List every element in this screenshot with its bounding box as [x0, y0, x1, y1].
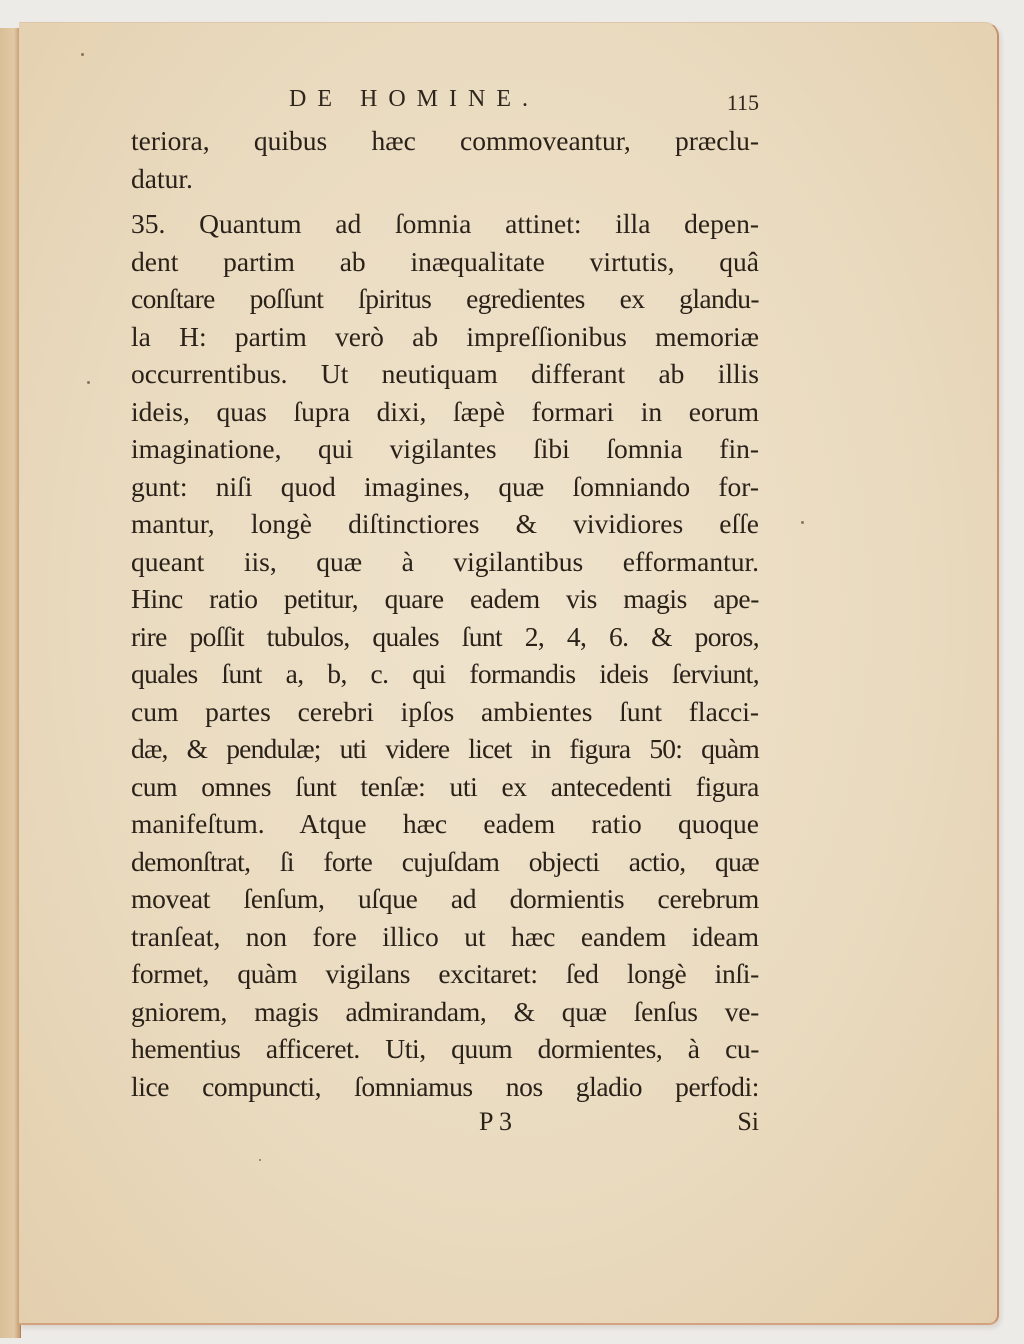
signature-mark: P 3: [479, 1107, 512, 1137]
left-page-edge: [0, 28, 21, 1338]
text-line: gniorem, magis admirandam, & quæ ſenſus …: [131, 993, 759, 1031]
text-line: conſtare poſſunt ſpiritus egredientes ex…: [131, 280, 759, 318]
paper-speck: [801, 521, 804, 524]
text-line: la H: partim verò ab impreſſionibus memo…: [131, 318, 759, 356]
text-line: datur.: [131, 160, 759, 198]
text-line: tranſeat, non fore illico ut hæc eandem …: [131, 918, 759, 956]
text-line: formet, quàm vigilans excitaret: ſed lon…: [131, 955, 759, 993]
text-line: queant iis, quæ à vigilantibus efformant…: [131, 543, 759, 581]
page-footer: P 3 Si: [131, 1105, 759, 1145]
text-line: manifeſtum. Atque hæc eadem ratio quoque: [131, 805, 759, 843]
text-line: Hinc ratio petitur, quare eadem vis magi…: [131, 580, 759, 618]
paper-speck: [81, 53, 84, 56]
text-line: rire poſſit tubulos, quales ſunt 2, 4, 6…: [131, 618, 759, 656]
running-head: DE HOMINE. 115: [131, 86, 759, 122]
text-line: mantur, longè diſtinctiores & vividiores…: [131, 505, 759, 543]
text-line: occurrentibus. Ut neutiquam differant ab…: [131, 355, 759, 393]
text-line: demonſtrat, ſi forte cujuſdam objecti ac…: [131, 843, 759, 881]
page-number: 115: [727, 90, 759, 116]
text-line: teriora, quibus hæc commoveantur, præclu…: [131, 122, 759, 160]
text-line: cum omnes ſunt tenſæ: uti ex antecedenti…: [131, 768, 759, 806]
paragraph-35-start: 35. Quantum ad ſomnia attinet: illa depe…: [131, 205, 759, 243]
text-line: cum partes cerebri ipſos ambientes ſunt …: [131, 693, 759, 731]
book-photograph: DE HOMINE. 115 teriora, quibus hæc commo…: [0, 0, 1024, 1344]
paper-speck: [259, 1159, 261, 1161]
text-line: quales ſunt a, b, c. qui formandis ideis…: [131, 655, 759, 693]
text-line: imaginatione, qui vigilantes ſibi ſomnia…: [131, 430, 759, 468]
text-line: hementius afficeret. Uti, quum dormiente…: [131, 1030, 759, 1068]
text-line: moveat ſenſum, uſque ad dormientis cereb…: [131, 880, 759, 918]
text-line: ideis, quas ſupra dixi, ſæpè formari in …: [131, 393, 759, 431]
text-line: gunt: niſi quod imagines, quæ ſomniando …: [131, 468, 759, 506]
catchword: Si: [737, 1107, 759, 1137]
page-text: DE HOMINE. 115 teriora, quibus hæc commo…: [131, 86, 759, 1145]
text-line: dent partim ab inæqualitate virtutis, qu…: [131, 243, 759, 281]
paper-speck: [87, 381, 90, 384]
text-line: dæ, & pendulæ; uti videre licet in figur…: [131, 730, 759, 768]
text-line: lice compuncti, ſomniamus nos gladio per…: [131, 1068, 759, 1106]
running-title: DE HOMINE.: [289, 86, 539, 113]
